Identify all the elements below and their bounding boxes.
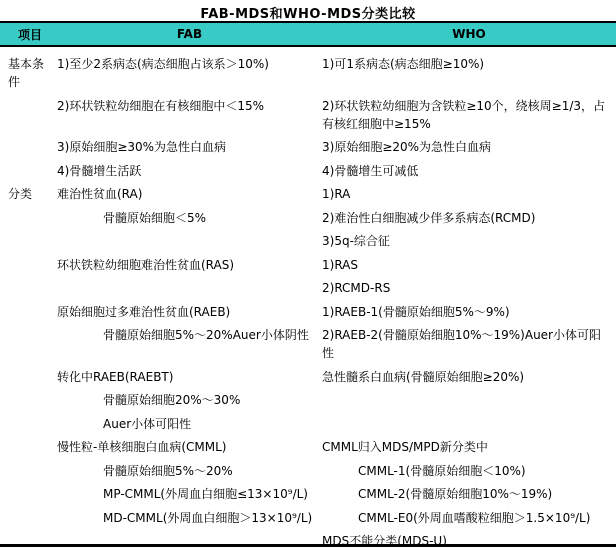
table-row: MD-CMML(外周血白细胞＞13×10⁹/L)CMML-E0(外周血嗜酸粒细胞…	[0, 509, 616, 533]
who-cell: CMML-2(骨髓原始细胞10%～19%)	[322, 485, 616, 503]
table-row: 慢性粒-单核细胞白血病(CMML)CMML归入MDS/MPD新分类中	[0, 438, 616, 462]
fab-cell: 1)至少2系病态(病态细胞占该系＞10%)	[57, 55, 322, 73]
who-cell: CMML归入MDS/MPD新分类中	[322, 438, 616, 456]
column-header-item: 项目	[0, 26, 57, 43]
table-row: MDS不能分类(MDS-U)	[0, 532, 616, 544]
fab-cell: MD-CMML(外周血白细胞＞13×10⁹/L)	[57, 509, 322, 527]
column-header-fab: FAB	[57, 27, 322, 41]
table-row: 骨髓原始细胞20%～30%	[0, 391, 616, 415]
page-title: FAB-MDS和WHO-MDS分类比较	[0, 0, 616, 21]
table-row: 基本条件1)至少2系病态(病态细胞占该系＞10%)1)可1系病态(病态细胞≥10…	[0, 55, 616, 97]
fab-cell: 2)环状铁粒幼细胞在有核细胞中＜15%	[57, 97, 322, 115]
table-row: 转化中RAEB(RAEBT)急性髓系白血病(骨髓原始细胞≥20%)	[0, 368, 616, 392]
who-cell: 1)RAEB-1(骨髓原始细胞5%～9%)	[322, 303, 616, 321]
who-cell: 2)RCMD-RS	[322, 279, 616, 297]
who-cell: MDS不能分类(MDS-U)	[322, 532, 616, 544]
fab-cell: 骨髓原始细胞5%～20%	[57, 462, 322, 480]
who-cell: CMML-1(骨髓原始细胞＜10%)	[322, 462, 616, 480]
who-cell: 3)原始细胞≥20%为急性白血病	[322, 138, 616, 156]
fab-cell: 转化中RAEB(RAEBT)	[57, 368, 322, 386]
table-row: 2)RCMD-RS	[0, 279, 616, 303]
row-section-label: 分类	[0, 185, 57, 203]
row-section-label: 基本条件	[0, 55, 57, 91]
table-row: 4)骨髓增生活跃4)骨髓增生可减低	[0, 162, 616, 186]
table-row: 原始细胞过多难治性贫血(RAEB)1)RAEB-1(骨髓原始细胞5%～9%)	[0, 303, 616, 327]
fab-cell: 骨髓原始细胞＜5%	[57, 209, 322, 227]
fab-cell: 3)原始细胞≥30%为急性白血病	[57, 138, 322, 156]
fab-cell: 原始细胞过多难治性贫血(RAEB)	[57, 303, 322, 321]
classification-comparison-table: FAB-MDS和WHO-MDS分类比较 项目 FAB WHO 基本条件1)至少2…	[0, 0, 616, 552]
who-cell: 急性髓系白血病(骨髓原始细胞≥20%)	[322, 368, 616, 386]
fab-cell: 难治性贫血(RA)	[57, 185, 322, 203]
fab-cell: 骨髓原始细胞20%～30%	[57, 391, 322, 409]
who-cell: 4)骨髓增生可减低	[322, 162, 616, 180]
who-cell: 3)5q-综合征	[322, 232, 616, 250]
table-header-row: 项目 FAB WHO	[0, 23, 616, 47]
fab-cell: Auer小体可阳性	[57, 415, 322, 433]
bottom-rule	[0, 544, 616, 547]
table-row: 3)原始细胞≥30%为急性白血病3)原始细胞≥20%为急性白血病	[0, 138, 616, 162]
who-cell: 2)难治性白细胞减少伴多系病态(RCMD)	[322, 209, 616, 227]
table-row: 环状铁粒幼细胞难治性贫血(RAS)1)RAS	[0, 256, 616, 280]
table-row: 分类难治性贫血(RA)1)RA	[0, 185, 616, 209]
fab-cell: 环状铁粒幼细胞难治性贫血(RAS)	[57, 256, 322, 274]
fab-cell: 骨髓原始细胞5%～20%Auer小体阴性	[57, 326, 322, 344]
fab-cell: 4)骨髓增生活跃	[57, 162, 322, 180]
table-row: 骨髓原始细胞5%～20%CMML-1(骨髓原始细胞＜10%)	[0, 462, 616, 486]
table-row: 3)5q-综合征	[0, 232, 616, 256]
column-header-who: WHO	[322, 27, 616, 41]
who-cell: 1)RAS	[322, 256, 616, 274]
table-row: 2)环状铁粒幼细胞在有核细胞中＜15%2)环状铁粒幼细胞为含铁粒≥10个，绕核周…	[0, 97, 616, 139]
fab-cell: 慢性粒-单核细胞白血病(CMML)	[57, 438, 322, 456]
table-row: 骨髓原始细胞＜5%2)难治性白细胞减少伴多系病态(RCMD)	[0, 209, 616, 233]
table-row: 骨髓原始细胞5%～20%Auer小体阴性2)RAEB-2(骨髓原始细胞10%～1…	[0, 326, 616, 368]
who-cell: 1)可1系病态(病态细胞≥10%)	[322, 55, 616, 73]
who-cell: CMML-E0(外周血嗜酸粒细胞＞1.5×10⁹/L)	[322, 509, 616, 527]
table-row: Auer小体可阳性	[0, 415, 616, 439]
who-cell: 2)环状铁粒幼细胞为含铁粒≥10个，绕核周≥1/3，占有核红细胞中≥15%	[322, 97, 616, 133]
fab-cell: MP-CMML(外周血白细胞≤13×10⁹/L)	[57, 485, 322, 503]
who-cell: 2)RAEB-2(骨髓原始细胞10%～19%)Auer小体可阳性	[322, 326, 616, 362]
who-cell: 1)RA	[322, 185, 616, 203]
table-body: 基本条件1)至少2系病态(病态细胞占该系＞10%)1)可1系病态(病态细胞≥10…	[0, 47, 616, 544]
table-row: MP-CMML(外周血白细胞≤13×10⁹/L)CMML-2(骨髓原始细胞10%…	[0, 485, 616, 509]
